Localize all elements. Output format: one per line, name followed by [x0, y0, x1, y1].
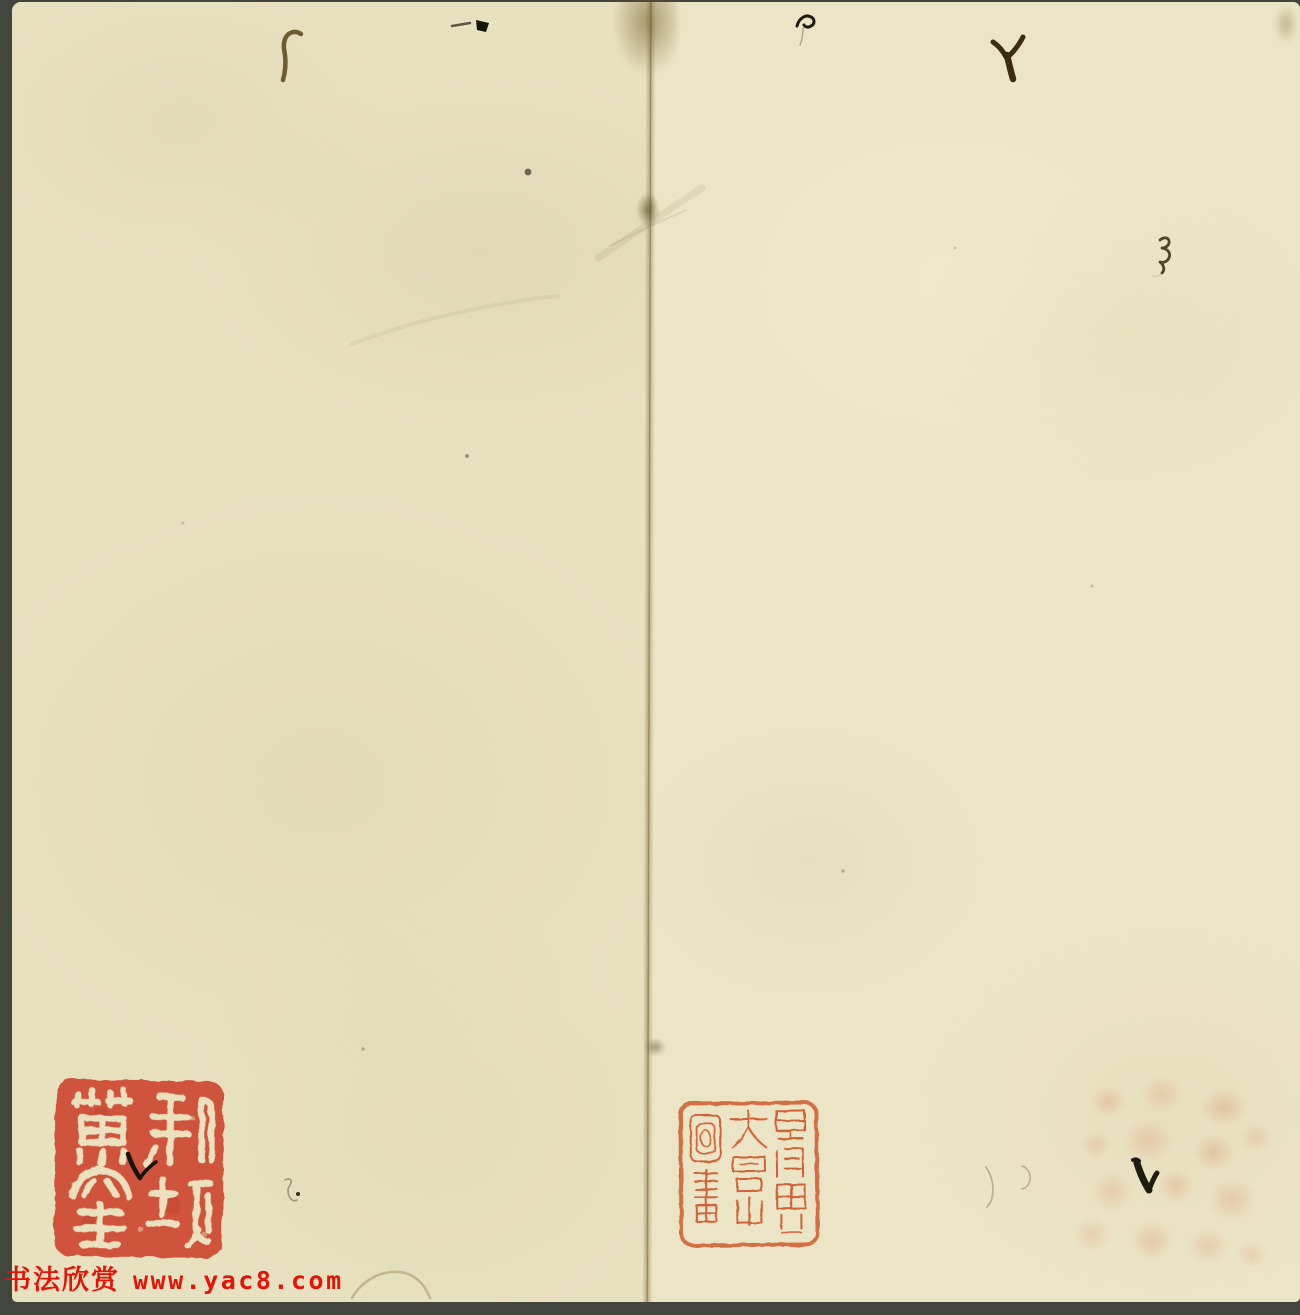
scanned-album-spread: 书法欣赏 www.yac8.com	[0, 0, 1300, 1315]
center-fold	[639, 2, 658, 1302]
collector-seal-stamp	[44, 1072, 237, 1267]
faint-seal-offset	[1072, 1078, 1272, 1274]
library-seal-stamp	[668, 1095, 825, 1256]
watermark-site-url: www.yac8.com	[133, 1266, 344, 1295]
watermark-site-name: 书法欣赏	[4, 1258, 120, 1297]
site-watermark: 书法欣赏 www.yac8.com	[4, 1258, 344, 1297]
